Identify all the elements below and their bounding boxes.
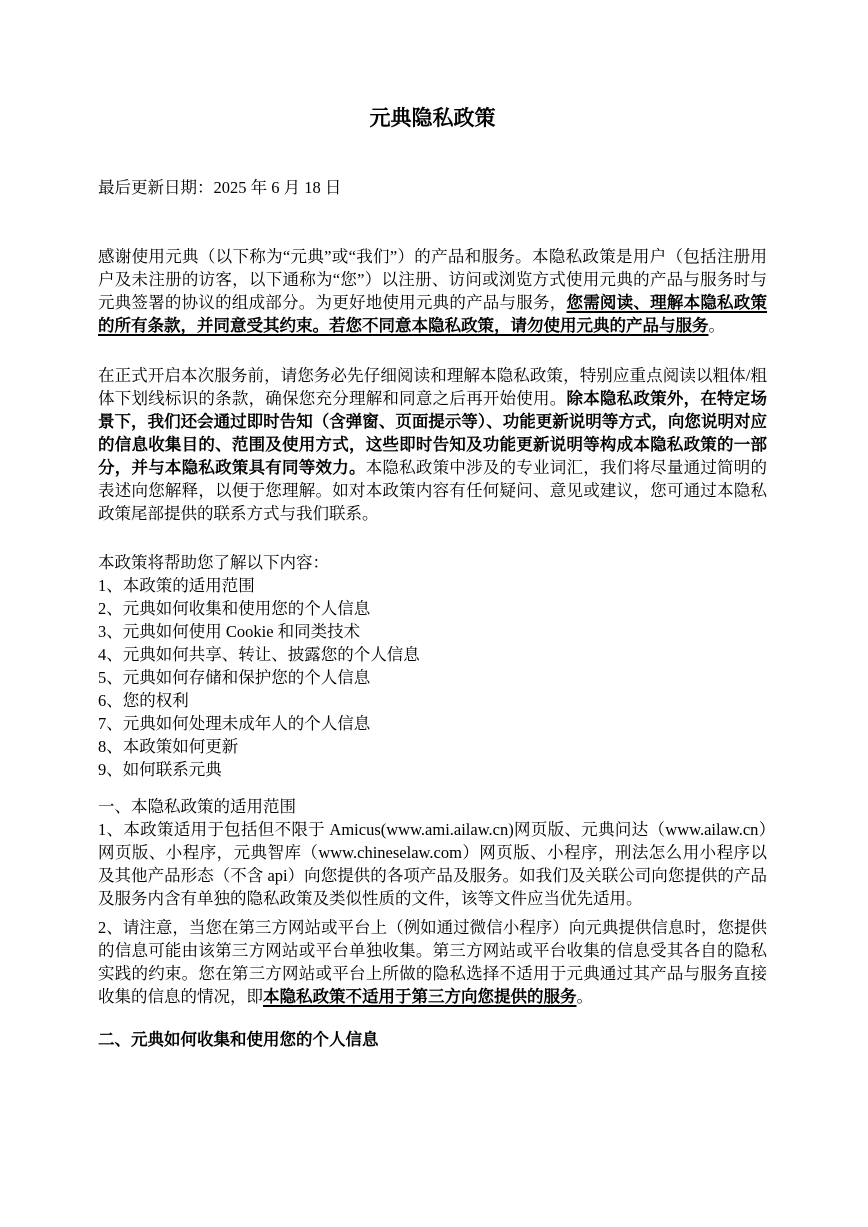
section-1-paragraph-2: 2、请注意，当您在第三方网站或平台上（例如通过微信小程序）向元典提供信息时，您提… xyxy=(98,916,767,1008)
table-of-contents: 本政策将帮助您了解以下内容： 1、本政策的适用范围 2、元典如何收集和使用您的个… xyxy=(98,551,767,781)
document-page: 元典隐私政策 最后更新日期：2025 年 6 月 18 日 感谢使用元典（以下称… xyxy=(0,0,868,1227)
section-1-heading: 一、本隐私政策的适用范围 xyxy=(98,795,767,818)
bold-underline-run: 本隐私政策不适用于第三方向您提供的服务 xyxy=(263,987,577,1006)
section-2-heading: 二、元典如何收集和使用您的个人信息 xyxy=(98,1028,767,1051)
toc-item-5: 5、元典如何存储和保护您的个人信息 xyxy=(98,666,767,689)
last-updated-line: 最后更新日期：2025 年 6 月 18 日 xyxy=(98,176,767,199)
toc-item-9: 9、如何联系元典 xyxy=(98,758,767,781)
text-run: 。 xyxy=(577,987,594,1006)
toc-item-6: 6、您的权利 xyxy=(98,689,767,712)
toc-item-4: 4、元典如何共享、转让、披露您的个人信息 xyxy=(98,643,767,666)
toc-item-8: 8、本政策如何更新 xyxy=(98,735,767,758)
intro-paragraph-2: 在正式开启本次服务前，请您务必先仔细阅读和理解本隐私政策，特别应重点阅读以粗体/… xyxy=(98,364,767,525)
toc-item-1: 1、本政策的适用范围 xyxy=(98,574,767,597)
document-title: 元典隐私政策 xyxy=(98,104,767,132)
toc-item-2: 2、元典如何收集和使用您的个人信息 xyxy=(98,597,767,620)
text-run: 。 xyxy=(709,316,726,335)
toc-intro: 本政策将帮助您了解以下内容： xyxy=(98,551,767,574)
section-1-paragraph-1: 1、本政策适用于包括但不限于 Amicus(www.ami.ailaw.cn)网… xyxy=(98,818,767,910)
toc-item-3: 3、元典如何使用 Cookie 和同类技术 xyxy=(98,620,767,643)
section-1: 一、本隐私政策的适用范围 1、本政策适用于包括但不限于 Amicus(www.a… xyxy=(98,795,767,1008)
intro-paragraph-1: 感谢使用元典（以下称为“元典”或“我们”）的产品和服务。本隐私政策是用户（包括注… xyxy=(98,245,767,337)
toc-item-7: 7、元典如何处理未成年人的个人信息 xyxy=(98,712,767,735)
